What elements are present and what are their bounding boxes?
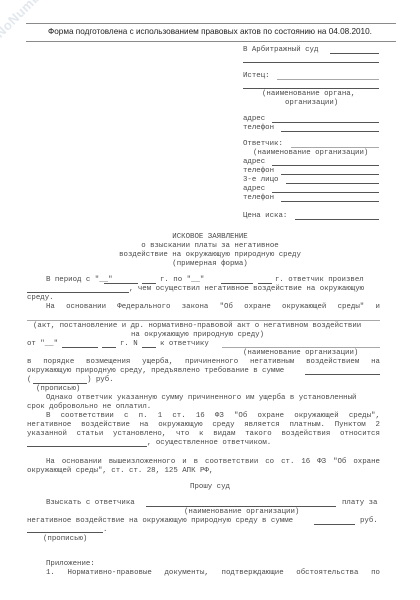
header-note: Форма подготовлена с использованием прав… [48,27,372,36]
p3-word: возмещения [86,358,130,367]
title-line-2: о взыскании платы за негативное [0,242,420,251]
p5-word: среды", [349,412,380,421]
appendix-title: Приложение: [46,560,95,569]
demand-amount-field[interactable] [314,524,355,525]
p1-defendant-did: г. ответчик произвел [275,276,364,285]
p5-word: Пунктом [335,421,366,430]
demand-rub: руб. [360,517,378,526]
p6-word: ФЗ [317,458,326,467]
p2-word: среды" [338,303,365,312]
title-line-4: (примерная форма) [0,260,420,269]
p6-word: и [182,458,186,467]
plaintiff-hint-1: (наименование органа, [262,90,355,99]
demand-defendant-field[interactable] [146,506,336,507]
p1-to-year-field[interactable] [258,283,272,284]
defendant-name-field[interactable] [291,147,379,148]
p6-word: соответствии [205,458,258,467]
p2-date-month-field[interactable] [62,347,98,348]
p3-amount-field[interactable] [305,374,380,375]
p5-word: 16 [196,412,205,421]
p2-to-defendant: к ответчику [160,340,209,349]
third-party-field[interactable] [286,183,379,184]
third-phone-field[interactable] [281,201,379,202]
p5-line-2: негативное воздействие на окружающую сре… [27,421,380,430]
p2-basis-line: На основании Федерального закона "Об охр… [46,303,380,312]
p5-word: является [244,421,279,430]
p6-word: На [46,458,55,467]
p6-word: со [265,458,274,467]
p3-word: порядке [43,358,74,367]
p6-word: 16 [301,458,310,467]
plaintiff-phone-label: телефон [243,124,274,133]
p6-word: ст. [281,458,294,467]
p5-word: ФЗ [215,412,224,421]
p5-word: ст. [172,412,185,421]
court-name-field[interactable] [330,53,379,54]
p1-action-field[interactable] [27,292,129,293]
demand-tail: . [103,526,107,535]
p5-word: соответствии [61,412,114,421]
p5-word: охране [257,412,284,421]
p2-defendant-field[interactable] [222,347,380,348]
p1-from-month-field[interactable] [104,283,138,284]
defendant-address-field[interactable] [272,165,379,166]
p3-amount-words-field[interactable] [33,383,87,384]
appendix-word: подтверждающие [222,569,284,578]
p2-year-no: г. N [120,340,138,349]
p5-word: с [124,412,128,421]
p1-environment: среду. [27,294,54,303]
p1-period-from: В период с "__" [46,276,113,285]
p2-word: На [46,303,55,312]
p3-word: в [27,358,31,367]
p2-word: "Об [220,303,233,312]
p5-word: В [46,412,50,421]
p4-line-2: срок добровольно не оплатил. [27,403,151,412]
claim-price-label: Цена иска: [243,212,287,221]
demand-org-hint: (наименование организации) [184,508,299,517]
p5-word: такого [245,430,272,439]
p6-word: охране [353,458,380,467]
demand-amount-words-field[interactable] [27,532,103,533]
p5-word: что [176,430,189,439]
p4-line-1: Однако ответчик указанную сумму причинен… [46,394,356,403]
p6-word: "Об [333,458,346,467]
p5-word: установлено, [113,430,166,439]
defendant-label: Ответчик: [243,140,283,149]
third-party-label: 3-е лицо [243,176,278,185]
defendant-hint: (наименование организации) [253,149,368,158]
defendant-phone-field[interactable] [281,174,379,175]
demand-in-words-hint: (прописью) [43,535,87,544]
p3-word: негативным [250,358,294,367]
p5-word: п. [139,412,148,421]
appendix-word: по [371,569,380,578]
plaintiff-label: Истец: [243,72,270,81]
p3-damage-line: в порядке возмещения ущерба, причиненног… [27,358,380,367]
claim-price-field[interactable] [295,219,379,220]
p1-from-year-field[interactable] [142,283,156,284]
p2-word: закона [182,303,209,312]
p3-word: причиненного [185,358,238,367]
plaintiff-address-label: адрес [243,115,265,124]
p1-period-to: г. по "__" [160,276,204,285]
p3-in-words-hint: (прописью) [36,385,80,394]
demand-line-2: негативное воздействие на окружающую при… [27,517,293,526]
court-label: В Арбитражный суд [243,46,318,55]
p3-word: ущерба, [142,358,173,367]
appendix-word: документы, [165,569,209,578]
p2-org-hint: (наименование организации) [243,349,358,358]
p2-word: охране [244,303,271,312]
p2-from-date: от "__" [27,340,58,349]
p5-impact-type-field[interactable] [27,446,147,447]
p5-word: окружающей [294,412,338,421]
p2-word: окружающей [282,303,326,312]
p5-word: "Об [234,412,247,421]
p5-word: среду [212,421,234,430]
header-note-bar: Форма подготовлена с использованием прав… [26,23,396,42]
title-line-1: ИСКОВОЕ ЗАЯВЛЕНИЕ [0,233,420,242]
p2-date-year-field[interactable] [102,347,116,348]
plaintiff-address-field[interactable] [272,122,379,123]
p1-impact-text: , чем осуществил негативное воздействие … [129,285,364,294]
p5-word: к [199,430,203,439]
p3-demand-text: окружающую природную среду, предъявлено … [27,367,284,376]
third-address-label: адрес [243,185,265,194]
appendix-word: 1. [46,569,55,578]
p5-word: воздействие [81,421,130,430]
p6-word: основании [62,458,102,467]
p5-word: воздействия [281,430,330,439]
p3-rub: ) руб. [87,376,114,385]
p5-line-1: В соответствии с п. 1 ст. 16 ФЗ "Об охра… [46,412,380,421]
p5-word: окружающую [158,421,202,430]
p5-word: на [140,421,149,430]
p2-act-hint-1: (акт, постановление и др. нормативно-пра… [33,322,361,331]
defendant-address-label: адрес [243,158,265,167]
p2-number-field[interactable] [142,347,156,348]
plaintiff-hint-2: организации) [285,99,338,108]
p6-line-2: окружающей среды", ст. ст. 28, 125 АПК Р… [27,467,213,476]
defendant-phone-label: телефон [243,167,274,176]
p2-word: и [375,303,379,312]
p3-word: на [371,358,380,367]
appendix-word: Нормативно-правовые [68,569,152,578]
p5-word: указанной [27,430,67,439]
p6-word: вышеизложенного [109,458,176,467]
p5-word: негативное [27,421,71,430]
plaintiff-name-field[interactable] [277,79,379,80]
p5-word: статьи [77,430,104,439]
p5-line-4: , осуществленное ответчиком. [147,439,271,448]
appendix-item-1: 1. Нормативно-правовые документы, подтве… [46,569,380,578]
p3-word: воздействием [306,358,359,367]
title-line-3: воздействие на окружающую природную сред… [0,251,420,260]
p2-act-hint-2: на окружающую природную среду) [131,331,264,340]
p6-word: в [194,458,198,467]
appendix-word: обстоятельства [296,569,358,578]
demand-collect-from: Взыскать с ответчика [46,499,135,508]
p5-line-3: указанной статьи установлено, что к вида… [27,430,380,439]
court-name-field-line2[interactable] [243,62,379,63]
p2-word: основании [66,303,106,312]
p6-line-1: На основании вышеизложенного и в соответ… [46,458,380,467]
p5-word: относится [340,430,380,439]
p5-word: 2 [375,421,379,430]
plaintiff-name-field-line2[interactable] [243,88,379,89]
p5-word: видам [213,430,235,439]
third-phone-label: телефон [243,194,274,203]
p1-to-month-field[interactable] [221,283,253,284]
third-address-field[interactable] [272,192,379,193]
p5-word: платным. [289,421,324,430]
p2-act-field[interactable] [27,320,380,321]
request-heading: Прошу суд [0,483,420,492]
p2-word: Федерального [117,303,170,312]
p5-word: 1 [158,412,162,421]
demand-payment-for: плату за [342,499,377,508]
plaintiff-phone-field[interactable] [281,131,379,132]
p3-open-paren: ( [27,376,31,385]
